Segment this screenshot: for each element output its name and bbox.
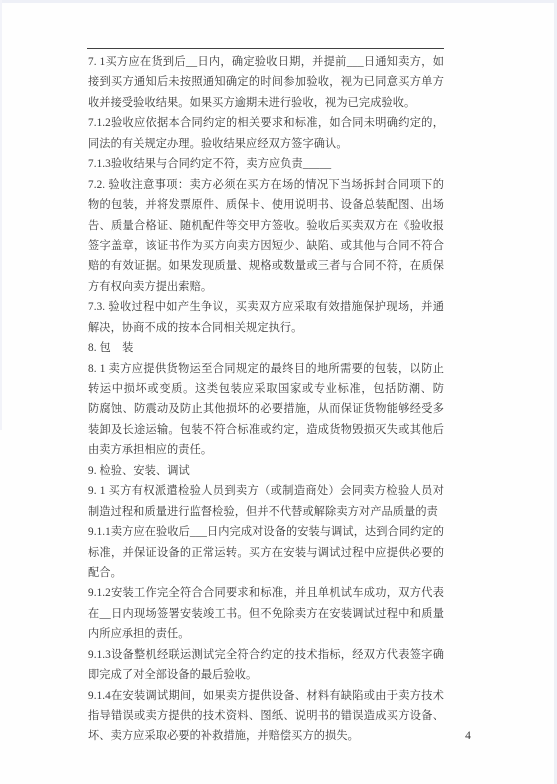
document-page: 7. 1买方应在货到后__日内，确定验收日期，并提前___日通知卖方，如果卖方接… — [0, 0, 557, 784]
text-line: 接到买方通知后未按照通知确定的时间参加验收，视为已同意买方单方进行验 — [88, 72, 444, 92]
text-line: 9.1.2安装工作完全符合合同要求和标准，并且单机试车成功，双方代表可 — [88, 583, 444, 603]
document-body: 7. 1买方应在货到后__日内，确定验收日期，并提前___日通知卖方，如果卖方接… — [88, 52, 444, 747]
text-line: 同法的有关规定办理。验收结果应经双方签字确认。 — [88, 134, 444, 154]
text-line: 7.2. 验收注意事项：卖方必须在买方在场的情况下当场拆封合同项下的所有货 — [88, 175, 444, 195]
page-number: 4 — [460, 726, 476, 746]
text-line: 9. 1 买方有权派遣检验人员到卖方（或制造商处）会同卖方检验人员对设备的 — [88, 481, 444, 501]
scan-edge-top — [0, 0, 557, 3]
text-line: 装卸及长途运输。包装不符合标准或约定，造成货物毁损灭失或其他后果的， — [88, 420, 444, 440]
text-line: 坏、卖方应采取必要的补救措施，并赔偿买方的损失。 — [88, 726, 444, 746]
scan-edge-left — [0, 0, 2, 430]
text-line: 转运中损坏或变质。这类包装应采取国家或专业标准，包括防潮、防晒、防锈 — [88, 379, 444, 399]
header-rule — [87, 48, 444, 49]
text-line: 标准，并保证设备的正常运转。买方在安装与调试过程中应提供必要的协助和 — [88, 543, 444, 563]
text-line: 指导错误或卖方提供的技术资料、图纸、说明书的错误造成买方设备、材料损 — [88, 706, 444, 726]
text-line: 物的包装，并将发票原件、质保卡、使用说明书、设备总装配图、出场检验报 — [88, 195, 444, 215]
text-line: 配合。 — [88, 563, 444, 583]
text-line: 方有权向卖方提出索赔。 — [88, 277, 444, 297]
text-line: 赔的有效证据。如果发现质量、规格或数量或三者与合同不符，在质保期前买 — [88, 256, 444, 276]
text-line: 7.1.2验收应依据本合同约定的相关要求和标准，如合同未明确约定的，按照合 — [88, 113, 444, 133]
text-line: 签字盖章，该证书作为买方向卖方因短少、缺陷、或其他与合同不符合情形索 — [88, 236, 444, 256]
text-line: 制造过程和质量进行监督检验，但并不代替或解除卖方对产品质量的责任。 — [88, 502, 444, 522]
text-line: 9.1.1卖方应在验收后___日内完成对设备的安装与调试，达到合同约定的要求和 — [88, 522, 444, 542]
text-line: 防腐蚀、防震动及防止其他损坏的必要措施，从而保证货物能够经受多次搬运 — [88, 399, 444, 419]
text-line: 7.3. 验收过程中如产生争议，买卖双方应采取有效措施保护现场，并通过协商 — [88, 297, 444, 317]
text-line: 解决，协商不成的按本合同相关规定执行。 — [88, 318, 444, 338]
text-line: 在__日内现场签署安装竣工书。但不免除卖方在安装调试过程中和质量保证期 — [88, 604, 444, 624]
text-line: 收并接受验收结果。如果买方逾期未进行验收，视为已完成验收。 — [88, 93, 444, 113]
text-line: 8. 包 装 — [88, 338, 444, 358]
text-line: 9.1.3设备整机经联运测试完全符合约定的技术指标，经双方代表签字确认后， — [88, 645, 444, 665]
text-line: 7.1.3验收结果与合同约定不符，卖方应负责_____ — [88, 154, 444, 174]
text-line: 9.1.4在安装调试期间，如果卖方提供设备、材料有缺陷或由于卖方技术人员的 — [88, 686, 444, 706]
text-line: 即完成了对全部设备的最后验收。 — [88, 665, 444, 685]
text-line: 由卖方承担相应的责任。 — [88, 440, 444, 460]
text-line: 告、质量合格证、随机配件等交甲方签收。验收后买卖双方在《验收报告》上 — [88, 216, 444, 236]
text-line: 8. 1 卖方应提供货物运至合同规定的最终目的地所需要的包装，以防止货物在 — [88, 359, 444, 379]
text-line: 9. 检验、安装、调试 — [88, 461, 444, 481]
text-line: 内所应承担的责任。 — [88, 624, 444, 644]
text-line: 7. 1买方应在货到后__日内，确定验收日期，并提前___日通知卖方，如果卖方 — [88, 52, 444, 72]
